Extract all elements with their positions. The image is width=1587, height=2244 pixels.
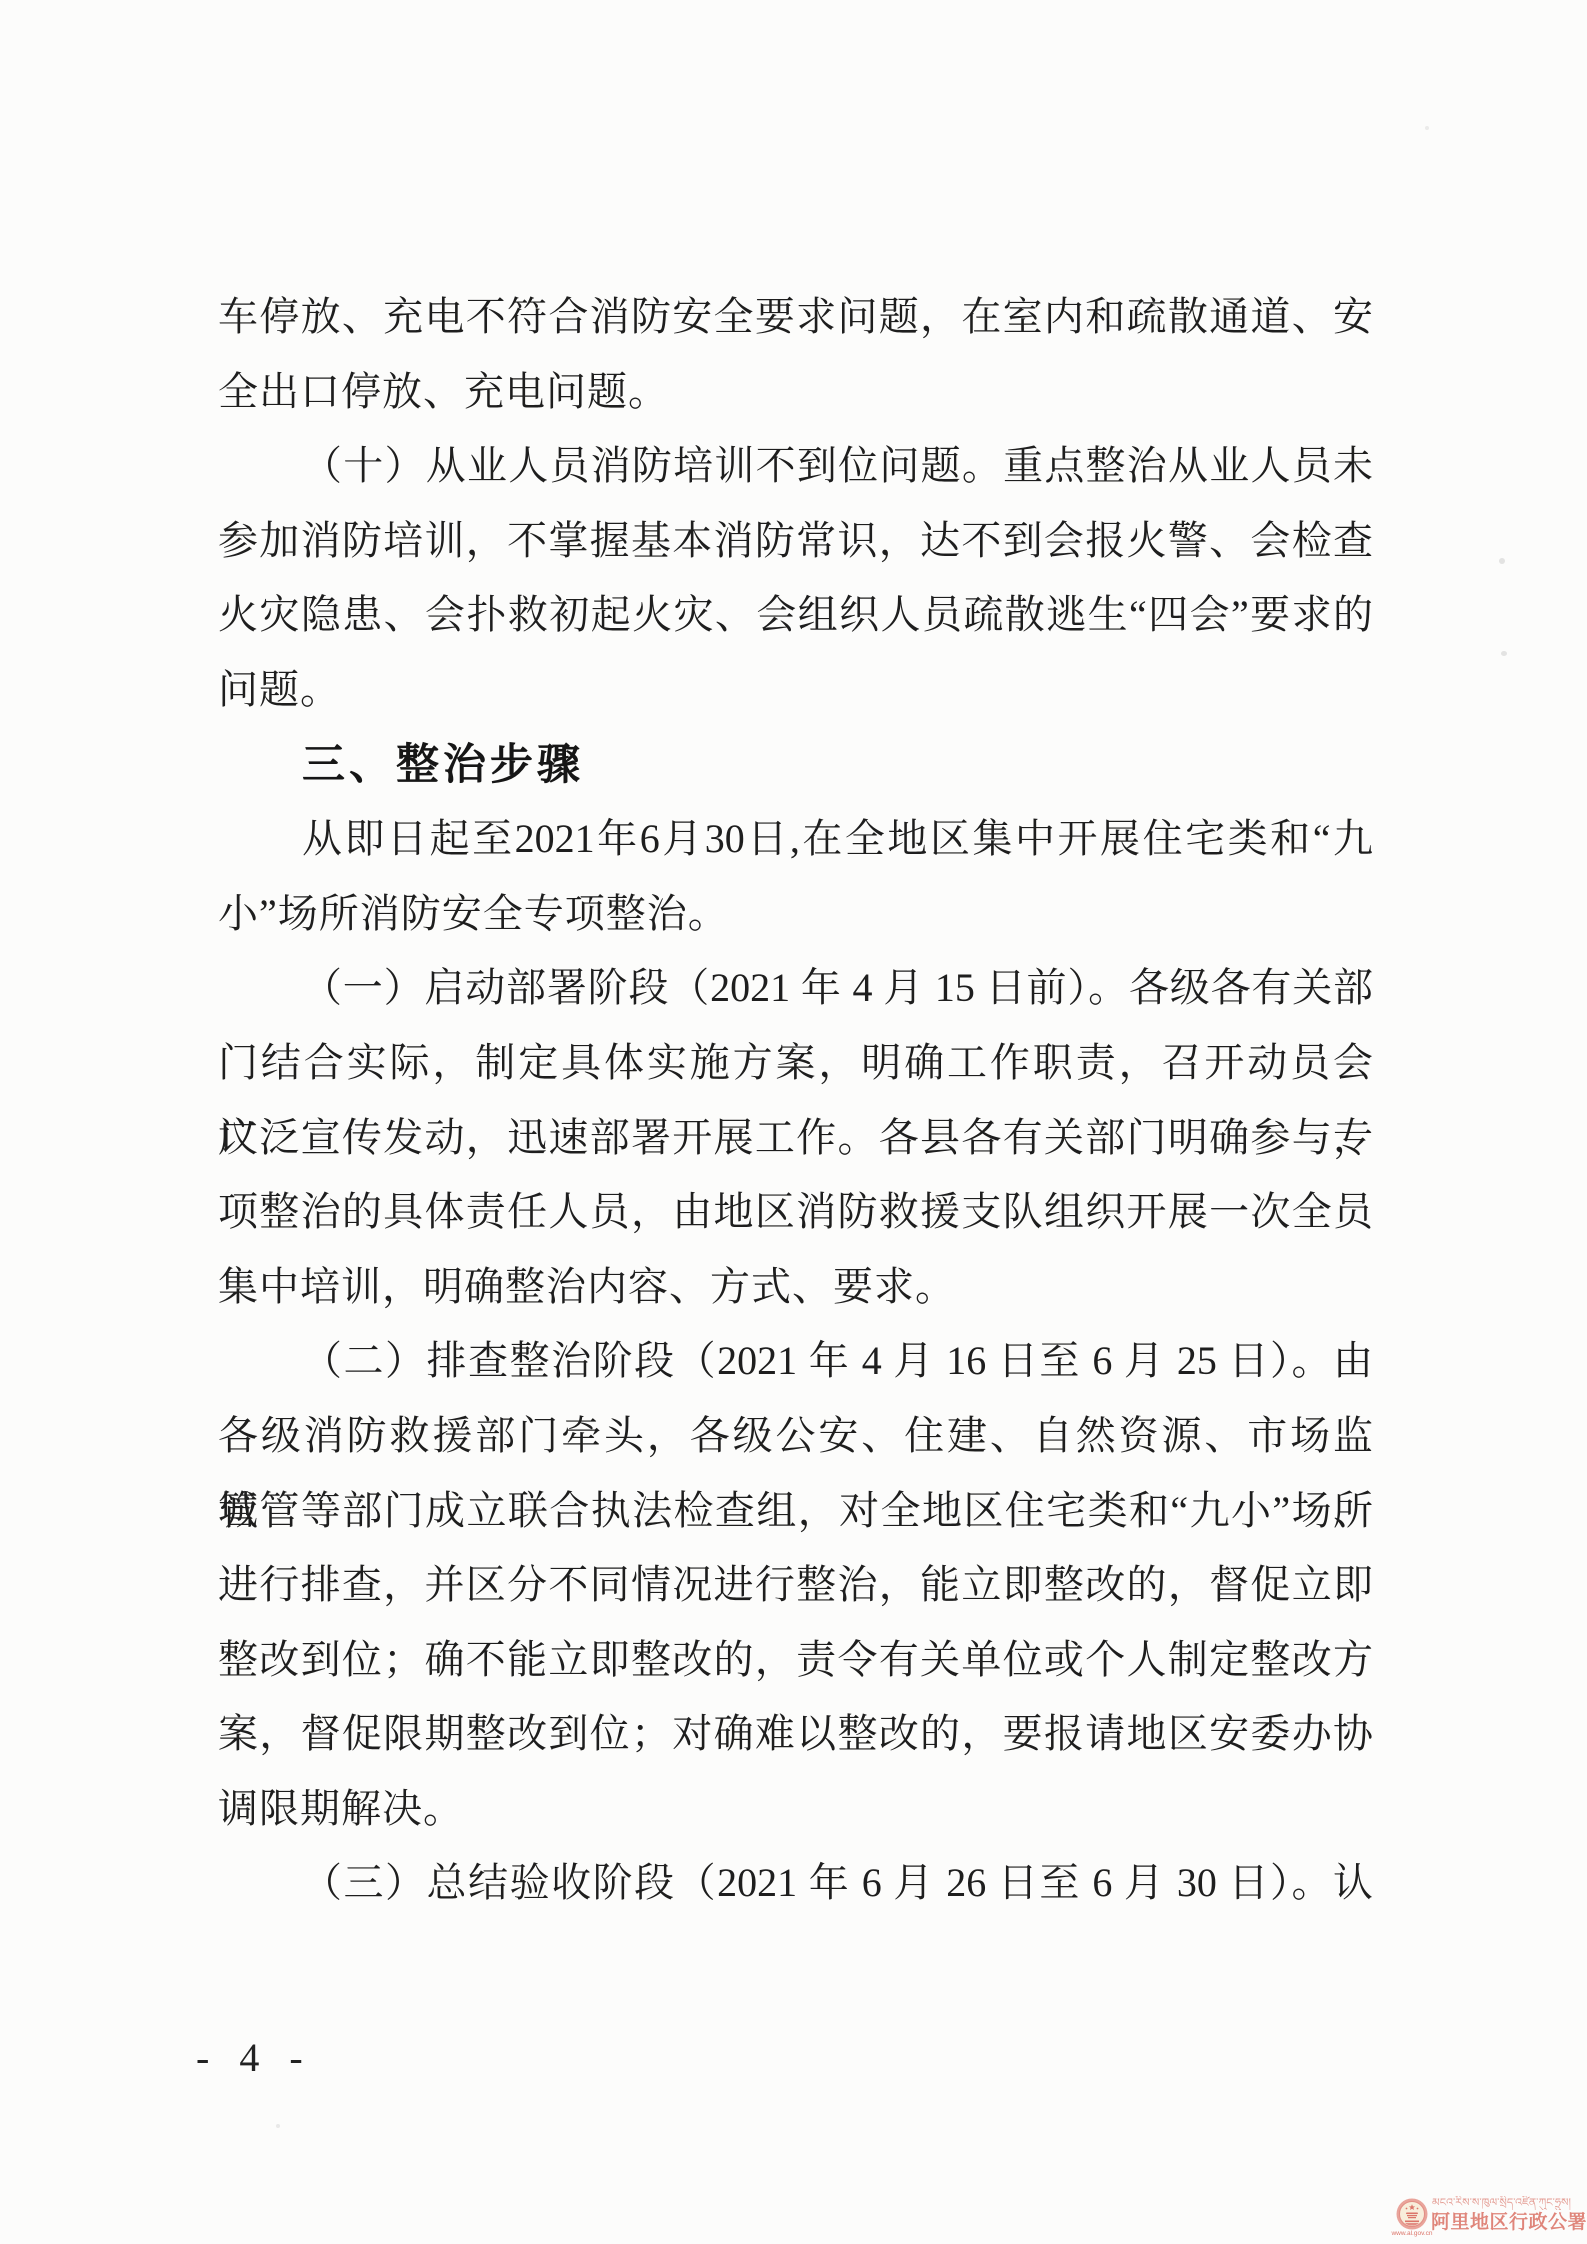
- doc-line: 火灾隐患、会扑救初起火灾、会组织人员疏散逃生“四会”要求的: [218, 578, 1373, 653]
- scan-artifact: [1425, 126, 1429, 130]
- paragraph: 车停放、充电不符合消防安全要求问题，在室内和疏散通道、安 全出口停放、充电问题。: [218, 280, 1373, 429]
- scan-artifact: [276, 2124, 280, 2128]
- scanned-document-page: 车停放、充电不符合消防安全要求问题，在室内和疏散通道、安 全出口停放、充电问题。…: [0, 0, 1587, 2244]
- paragraph: （三）总结验收阶段（2021 年 6 月 26 日至 6 月 30 日）。认: [218, 1846, 1373, 1921]
- page-number: - 4 -: [196, 2034, 313, 2081]
- doc-line: 门结合实际，制定具体实施方案，明确工作职责，召开动员会议，: [218, 1026, 1373, 1101]
- doc-line: （一）启动部署阶段（2021 年 4 月 15 日前）。各级各有关部: [218, 951, 1373, 1026]
- doc-line: 小”场所消防安全专项整治。: [218, 877, 1373, 952]
- national-emblem-icon: [1396, 2198, 1428, 2230]
- seal-emblem-caption: www.al.gov.cn: [1390, 2230, 1434, 2238]
- doc-line: 集中培训，明确整治内容、方式、要求。: [218, 1250, 1373, 1325]
- doc-line: 城管等部门成立联合执法检查组，对全地区住宅类和“九小”场所: [218, 1474, 1373, 1549]
- scan-artifact: [1499, 558, 1505, 564]
- section-heading: 三、整治步骤: [218, 728, 1373, 803]
- paragraph: 从即日起至2021年6月30日,在全地区集中开展住宅类和“九 小”场所消防安全专…: [218, 802, 1373, 951]
- seal-org-name: 阿里地区行政公署: [1431, 2212, 1587, 2234]
- doc-line: 参加消防培训，不掌握基本消防常识，达不到会报火警、会检查: [218, 504, 1373, 579]
- doc-line: （三）总结验收阶段（2021 年 6 月 26 日至 6 月 30 日）。认: [218, 1846, 1373, 1921]
- doc-line: （二）排查整治阶段（2021 年 4 月 16 日至 6 月 25 日）。由: [218, 1324, 1373, 1399]
- seal-org-name-tibetan: མངའ་རིས་ས་ཁུལ་སྲིད་འཛིན་ཀུང་ཧྲུས།: [1432, 2196, 1587, 2210]
- doc-line: 整改到位；确不能立即整改的，责令有关单位或个人制定整改方: [218, 1623, 1373, 1698]
- doc-line: 车停放、充电不符合消防安全要求问题，在室内和疏散通道、安: [218, 280, 1373, 355]
- doc-line: 进行排查，并区分不同情况进行整治，能立即整改的，督促立即: [218, 1548, 1373, 1623]
- doc-line: 广泛宣传发动，迅速部署开展工作。各县各有关部门明确参与专: [218, 1101, 1373, 1176]
- doc-line: 项整治的具体责任人员，由地区消防救援支队组织开展一次全员: [218, 1175, 1373, 1250]
- doc-line: 问题。: [218, 653, 1373, 728]
- paragraph: （二）排查整治阶段（2021 年 4 月 16 日至 6 月 25 日）。由 各…: [218, 1324, 1373, 1846]
- section-heading-text: 三、整治步骤: [218, 728, 1373, 803]
- paragraph: （十）从业人员消防培训不到位问题。重点整治从业人员未 参加消防培训，不掌握基本消…: [218, 429, 1373, 727]
- footer-seal: མངའ་རིས་ས་ཁུལ་སྲིད་འཛིན་ཀུང་ཧྲུས། 阿里地区行政…: [1390, 2194, 1587, 2244]
- doc-line: 调限期解决。: [218, 1772, 1373, 1847]
- doc-line: 各级消防救援部门牵头，各级公安、住建、自然资源、市场监管、: [218, 1399, 1373, 1474]
- doc-line: 从即日起至2021年6月30日,在全地区集中开展住宅类和“九: [218, 802, 1373, 877]
- paragraph: （一）启动部署阶段（2021 年 4 月 15 日前）。各级各有关部 门结合实际…: [218, 951, 1373, 1324]
- scan-artifact: [1501, 651, 1507, 656]
- document-body: 车停放、充电不符合消防安全要求问题，在室内和疏散通道、安 全出口停放、充电问题。…: [218, 280, 1373, 1921]
- doc-line: 案，督促限期整改到位；对确难以整改的，要报请地区安委办协: [218, 1697, 1373, 1772]
- doc-line: （十）从业人员消防培训不到位问题。重点整治从业人员未: [218, 429, 1373, 504]
- doc-line: 全出口停放、充电问题。: [218, 355, 1373, 430]
